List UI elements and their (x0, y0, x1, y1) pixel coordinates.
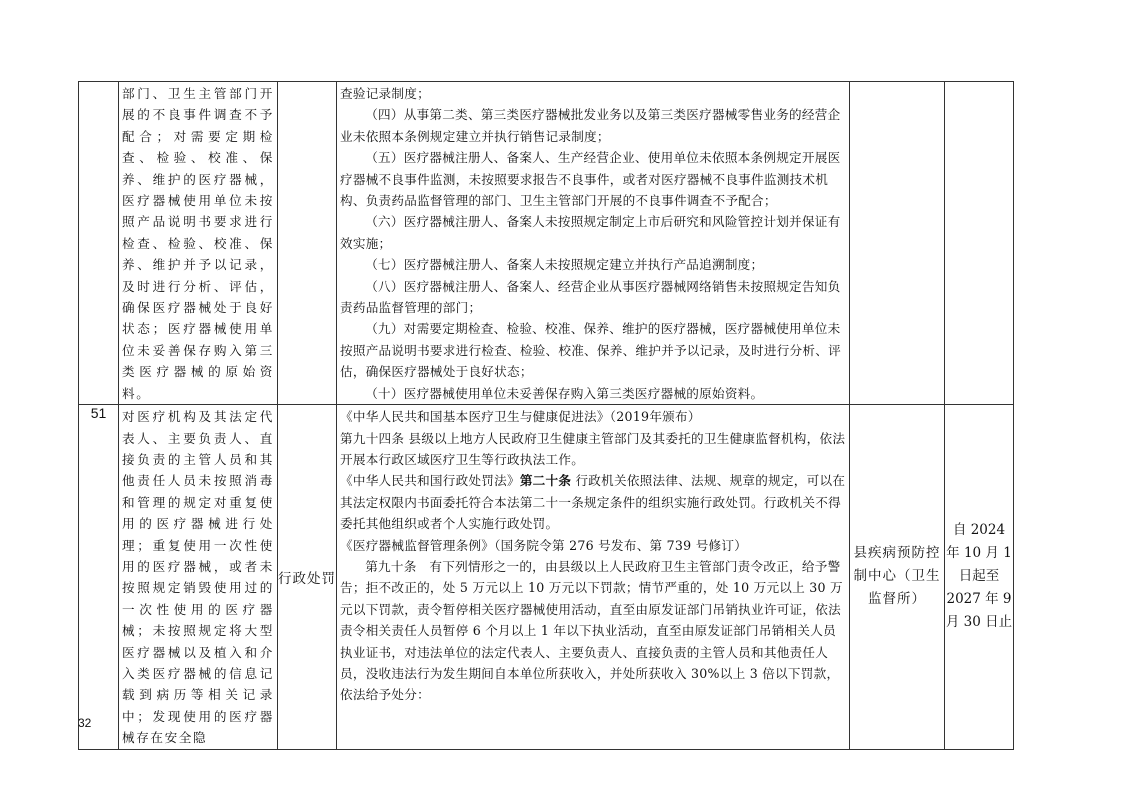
basis-paragraph: 《中华人民共和国基本医疗卫生与健康促进法》（2019年颁布） (340, 406, 846, 427)
law-title: 《中华人民共和国行政处罚法》 (340, 473, 520, 488)
category-cell: 行政处罚 (278, 405, 337, 750)
behavior-text: 部门、卫生主管部门开展的不良事件调查不予配合；对需要定期检查、检验、校准、保养、… (119, 82, 277, 404)
item-number-cell: 51 (79, 405, 119, 750)
basis-paragraph: 第九十条 有下列情形之一的，由县级以上人民政府卫生主管部门责令改正，给予警告；拒… (340, 556, 846, 706)
basis-paragraph: （四）从事第二类、第三类医疗器械批发业务以及第三类医疗器械零售业务的经营企业未依… (340, 104, 846, 147)
behavior-cell: 部门、卫生主管部门开展的不良事件调查不予配合；对需要定期检查、检验、校准、保养、… (119, 82, 278, 405)
period-text: 自 2024 年 10 月 1 日起至 2027 年 9 月 30 日止 (945, 519, 1013, 634)
category-text: 行政处罚 (278, 571, 336, 587)
behavior-text: 对医疗机构及其法定代表人、主要负责人、直接负责的主管人员和其他责任人员未按照消毒… (119, 405, 277, 749)
delegation-items-table: 部门、卫生主管部门开展的不良事件调查不予配合；对需要定期检查、检验、校准、保养、… (78, 81, 1014, 750)
organization-cell: 县疾病预防控制中心（卫生监督所） (850, 405, 945, 750)
basis-paragraph: （八）医疗器械注册人、备案人、经营企业从事医疗器械网络销售未按照规定告知负责药品… (340, 276, 846, 319)
legal-basis-text: 《中华人民共和国基本医疗卫生与健康促进法》（2019年颁布） 第九十四条 县级以… (337, 405, 849, 706)
basis-paragraph: （十）医疗器械使用单位未妥善保存购入第三类医疗器械的原始资料。 (340, 383, 846, 404)
behavior-cell: 对医疗机构及其法定代表人、主要负责人、直接负责的主管人员和其他责任人员未按照消毒… (119, 405, 278, 750)
page-number: 32 (78, 716, 91, 730)
organization-cell (850, 82, 945, 405)
basis-paragraph: 《中华人民共和国行政处罚法》第二十条 行政机关依照法律、法规、规章的规定，可以在… (340, 470, 846, 534)
period-cell (945, 82, 1014, 405)
legal-basis-text: 查验记录制度； （四）从事第二类、第三类医疗器械批发业务以及第三类医疗器械零售业… (337, 82, 849, 404)
basis-paragraph: 第九十四条 县级以上地方人民政府卫生健康主管部门及其委托的卫生健康监督机构，依法… (340, 428, 846, 471)
table-row: 部门、卫生主管部门开展的不良事件调查不予配合；对需要定期检查、检验、校准、保养、… (79, 82, 1014, 405)
basis-paragraph: 查验记录制度； (340, 83, 846, 104)
basis-paragraph: （六）医疗器械注册人、备案人未按照规定制定上市后研究和风险管控计划并保证有效实施… (340, 211, 846, 254)
table-row: 51 对医疗机构及其法定代表人、主要负责人、直接负责的主管人员和其他责任人员未按… (79, 405, 1014, 750)
organization-text: 县疾病预防控制中心（卫生监督所） (850, 542, 944, 611)
item-number-cell (79, 82, 119, 405)
legal-basis-cell: 《中华人民共和国基本医疗卫生与健康促进法》（2019年颁布） 第九十四条 县级以… (337, 405, 850, 750)
basis-paragraph: （五）医疗器械注册人、备案人、生产经营企业、使用单位未依照本条例规定开展医疗器械… (340, 147, 846, 211)
category-cell (278, 82, 337, 405)
basis-paragraph: （七）医疗器械注册人、备案人未按照规定建立并执行产品追溯制度； (340, 254, 846, 275)
period-cell: 自 2024 年 10 月 1 日起至 2027 年 9 月 30 日止 (945, 405, 1014, 750)
basis-paragraph: 《医疗器械监督管理条例》（国务院令第 276 号发布、第 739 号修订） (340, 535, 846, 556)
article-label: 第二十条 (520, 473, 571, 488)
basis-paragraph: （九）对需要定期检查、检验、校准、保养、维护的医疗器械，医疗器械使用单位未按照产… (340, 318, 846, 382)
legal-basis-cell: 查验记录制度； （四）从事第二类、第三类医疗器械批发业务以及第三类医疗器械零售业… (337, 82, 850, 405)
